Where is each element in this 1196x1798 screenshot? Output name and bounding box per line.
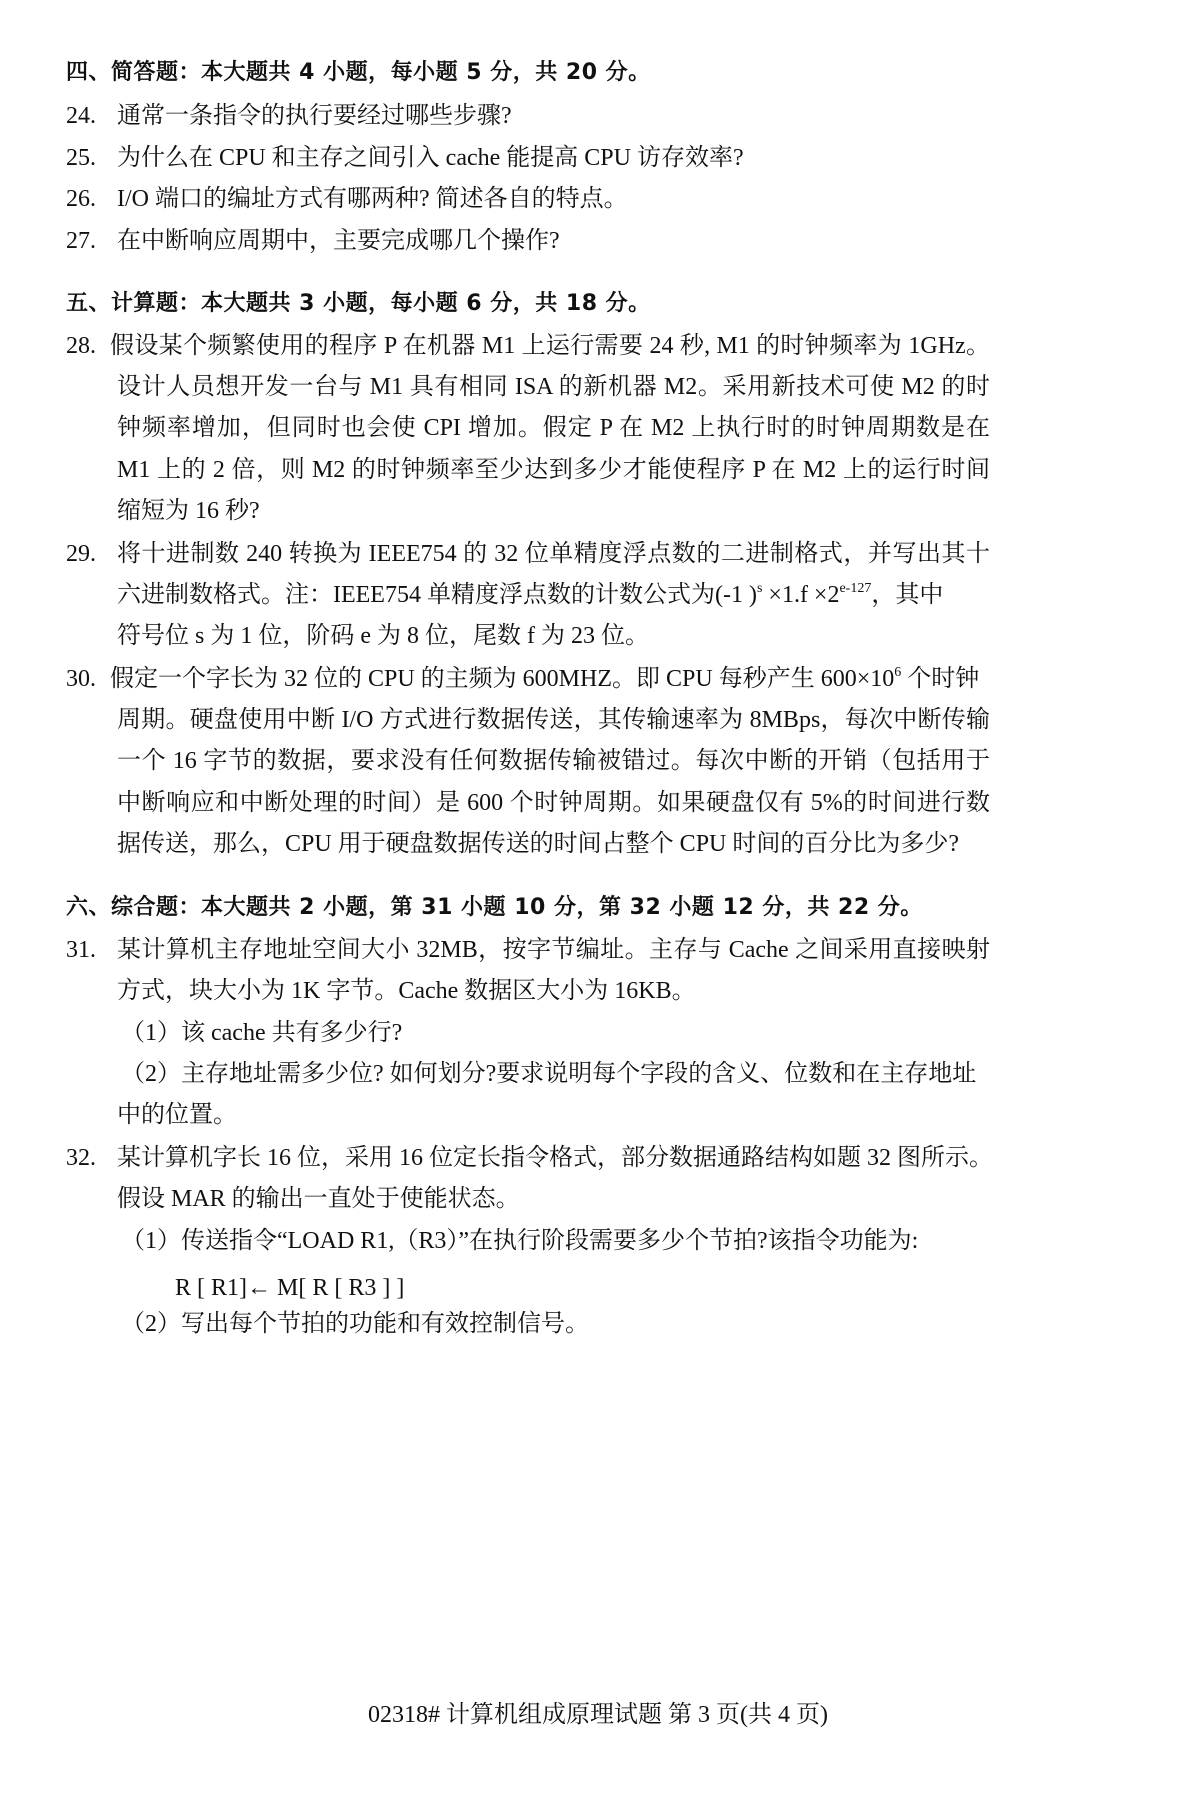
question-number: 31. [66, 935, 96, 965]
question-text: 将十进制数 240 转换为 IEEE754 的 32 位单精度浮点数的二进制格式… [117, 539, 990, 569]
question-32-formula: R [ R1]← M[ R [ R3 ] ] [175, 1273, 404, 1303]
question-31-sub-2-line-1: （2）主存地址需多少位? 如何划分?要求说明每个字段的含义、位数和在主存地址 [121, 1059, 976, 1089]
question-28-line-2: 设计人员想开发一台与 M1 具有相同 ISA 的新机器 M2。采用新技术可使 M… [117, 372, 990, 402]
formula-mantissa: ×1.f ×2 [762, 582, 839, 608]
question-number: 26. [66, 184, 96, 214]
question-number: 28. [66, 331, 96, 361]
question-30-line-5: 据传送，那么，CPU 用于硬盘数据传送的时间占整个 CPU 时间的百分比为多少? [117, 829, 959, 859]
question-31-sub-1: （1）该 cache 共有多少行? [121, 1018, 402, 1048]
question-31-sub-2-line-2: 中的位置。 [117, 1100, 237, 1130]
section-4-heading: 四、简答题：本大题共 4 小题，每小题 5 分，共 20 分。 [66, 58, 651, 88]
page-footer: 02318# 计算机组成原理试题 第 3 页(共 4 页) [0, 1700, 1196, 1730]
question-text: 为什么在 CPU 和主存之间引入 cache 能提高 CPU 访存效率? [117, 143, 744, 173]
formula-prefix: 六进制数格式。注：IEEE754 单精度浮点数的计数公式为(-1 ) [117, 582, 757, 608]
question-30-line-2: 周期。硬盘使用中断 I/O 方式进行数据传送，其传输速率为 8MBps，每次中断… [117, 705, 990, 735]
exam-page: 四、简答题：本大题共 4 小题，每小题 5 分，共 20 分。 24. 通常一条… [0, 0, 1196, 1798]
question-text: 通常一条指令的执行要经过哪些步骤? [117, 101, 512, 131]
question-32-sub-1: （1）传送指令“LOAD R1,（R3）”在执行阶段需要多少个节拍?该指令功能为… [121, 1226, 918, 1256]
question-text: 假定一个字长为 32 位的 CPU 的主频为 600MHZ。即 CPU 每秒产生… [110, 664, 979, 694]
question-32-line-2: 假设 MAR 的输出一直处于使能状态。 [117, 1184, 520, 1214]
question-30-line-3: 一个 16 字节的数据，要求没有任何数据传输被错过。每次中断的开销（包括用于 [117, 746, 990, 776]
formula-suffix: ，其中 [871, 582, 943, 608]
question-number: 24. [66, 101, 96, 131]
question-text: I/O 端口的编址方式有哪两种? 简述各自的特点。 [117, 184, 628, 214]
question-number: 29. [66, 539, 96, 569]
question-28-line-5: 缩短为 16 秒? [117, 496, 260, 526]
question-number: 25. [66, 143, 96, 173]
question-number: 32. [66, 1143, 96, 1173]
text-segment: 个时钟 [901, 666, 979, 692]
question-32-sub-2: （2）写出每个节拍的功能和有效控制信号。 [121, 1309, 589, 1339]
question-30-line-4: 中断响应和中断处理的时间）是 600 个时钟周期。如果硬盘仅有 5%的时间进行数 [117, 788, 990, 818]
formula-exponent: e-127 [839, 581, 871, 596]
question-29-line-3: 符号位 s 为 1 位，阶码 e 为 8 位，尾数 f 为 23 位。 [117, 621, 649, 651]
question-text: 假设某个频繁使用的程序 P 在机器 M1 上运行需要 24 秒, M1 的时钟频… [110, 331, 990, 361]
question-28-line-3: 钟频率增加，但同时也会使 CPI 增加。假定 P 在 M2 上执行时的时钟周期数… [117, 413, 990, 443]
section-5-heading: 五、计算题：本大题共 3 小题，每小题 6 分，共 18 分。 [66, 289, 651, 319]
question-text: 某计算机主存地址空间大小 32MB，按字节编址。主存与 Cache 之间采用直接… [117, 935, 990, 965]
question-text: 在中断响应周期中，主要完成哪几个操作? [117, 226, 560, 256]
text-segment: 假定一个字长为 32 位的 CPU 的主频为 600MHZ。即 CPU 每秒产生… [110, 666, 894, 692]
section-6-heading: 六、综合题：本大题共 2 小题，第 31 小题 10 分，第 32 小题 12 … [66, 893, 923, 923]
question-text: 某计算机字长 16 位，采用 16 位定长指令格式，部分数据通路结构如题 32 … [117, 1143, 990, 1173]
question-31-line-2: 方式，块大小为 1K 字节。Cache 数据区大小为 16KB。 [117, 976, 696, 1006]
question-29-line-2: 六进制数格式。注：IEEE754 单精度浮点数的计数公式为(-1 )s ×1.f… [117, 580, 990, 610]
question-number: 27. [66, 226, 96, 256]
question-28-line-4: M1 上的 2 倍，则 M2 的时钟频率至少达到多少才能使程序 P 在 M2 上… [117, 455, 990, 485]
question-number: 30. [66, 664, 96, 694]
